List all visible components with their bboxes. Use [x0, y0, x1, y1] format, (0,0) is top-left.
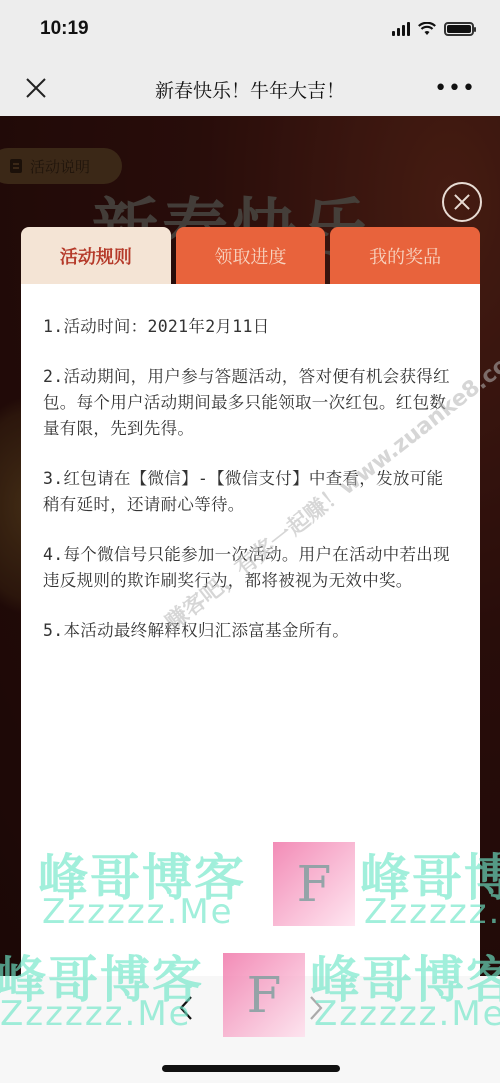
modal-close-button[interactable]	[442, 182, 482, 222]
battery-icon	[444, 22, 474, 36]
bottom-nav-bar	[0, 976, 500, 1083]
rules-panel: 1.活动时间：2021年2月11日 2.活动期间，用户参与答题活动，答对便有机会…	[21, 284, 480, 976]
tab-rules[interactable]: 活动规则	[21, 227, 171, 284]
home-indicator[interactable]	[162, 1065, 340, 1072]
more-icon[interactable]: •••	[434, 76, 476, 101]
chevron-right-icon[interactable]	[306, 993, 326, 1023]
rule-item: 5.本活动最终解释权归汇添富基金所有。	[43, 618, 460, 644]
rule-item: 3.红包请在【微信】-【微信支付】中查看，发放可能稍有延时，还请耐心等待。	[43, 466, 460, 518]
rule-item: 2.活动期间，用户参与答题活动，答对便有机会获得红包。每个用户活动期间最多只能领…	[43, 364, 460, 442]
page-title: 新春快乐！牛年大吉！	[0, 76, 500, 103]
wifi-icon	[418, 22, 436, 36]
tab-progress[interactable]: 领取进度	[176, 227, 326, 284]
rule-item: 1.活动时间：2021年2月11日	[43, 314, 460, 340]
status-icons	[392, 22, 474, 36]
cellular-signal-icon	[392, 22, 410, 36]
nav-bar: 新春快乐！牛年大吉！ •••	[0, 62, 500, 116]
tab-my-prizes[interactable]: 我的奖品	[330, 227, 480, 284]
status-time: 10:19	[40, 18, 89, 40]
page-backdrop: 活动说明 新春快乐 活动规则 领取进度 我的奖品 1.活动时间：2021年2月1…	[0, 116, 500, 976]
modal-tabs: 活动规则 领取进度 我的奖品	[21, 227, 480, 284]
rule-item: 4.每个微信号只能参加一次活动。用户在活动中若出现违反规则的欺诈刷奖行为，都将被…	[43, 542, 460, 594]
status-bar: 10:19	[0, 0, 500, 62]
chevron-left-icon[interactable]	[176, 993, 196, 1023]
